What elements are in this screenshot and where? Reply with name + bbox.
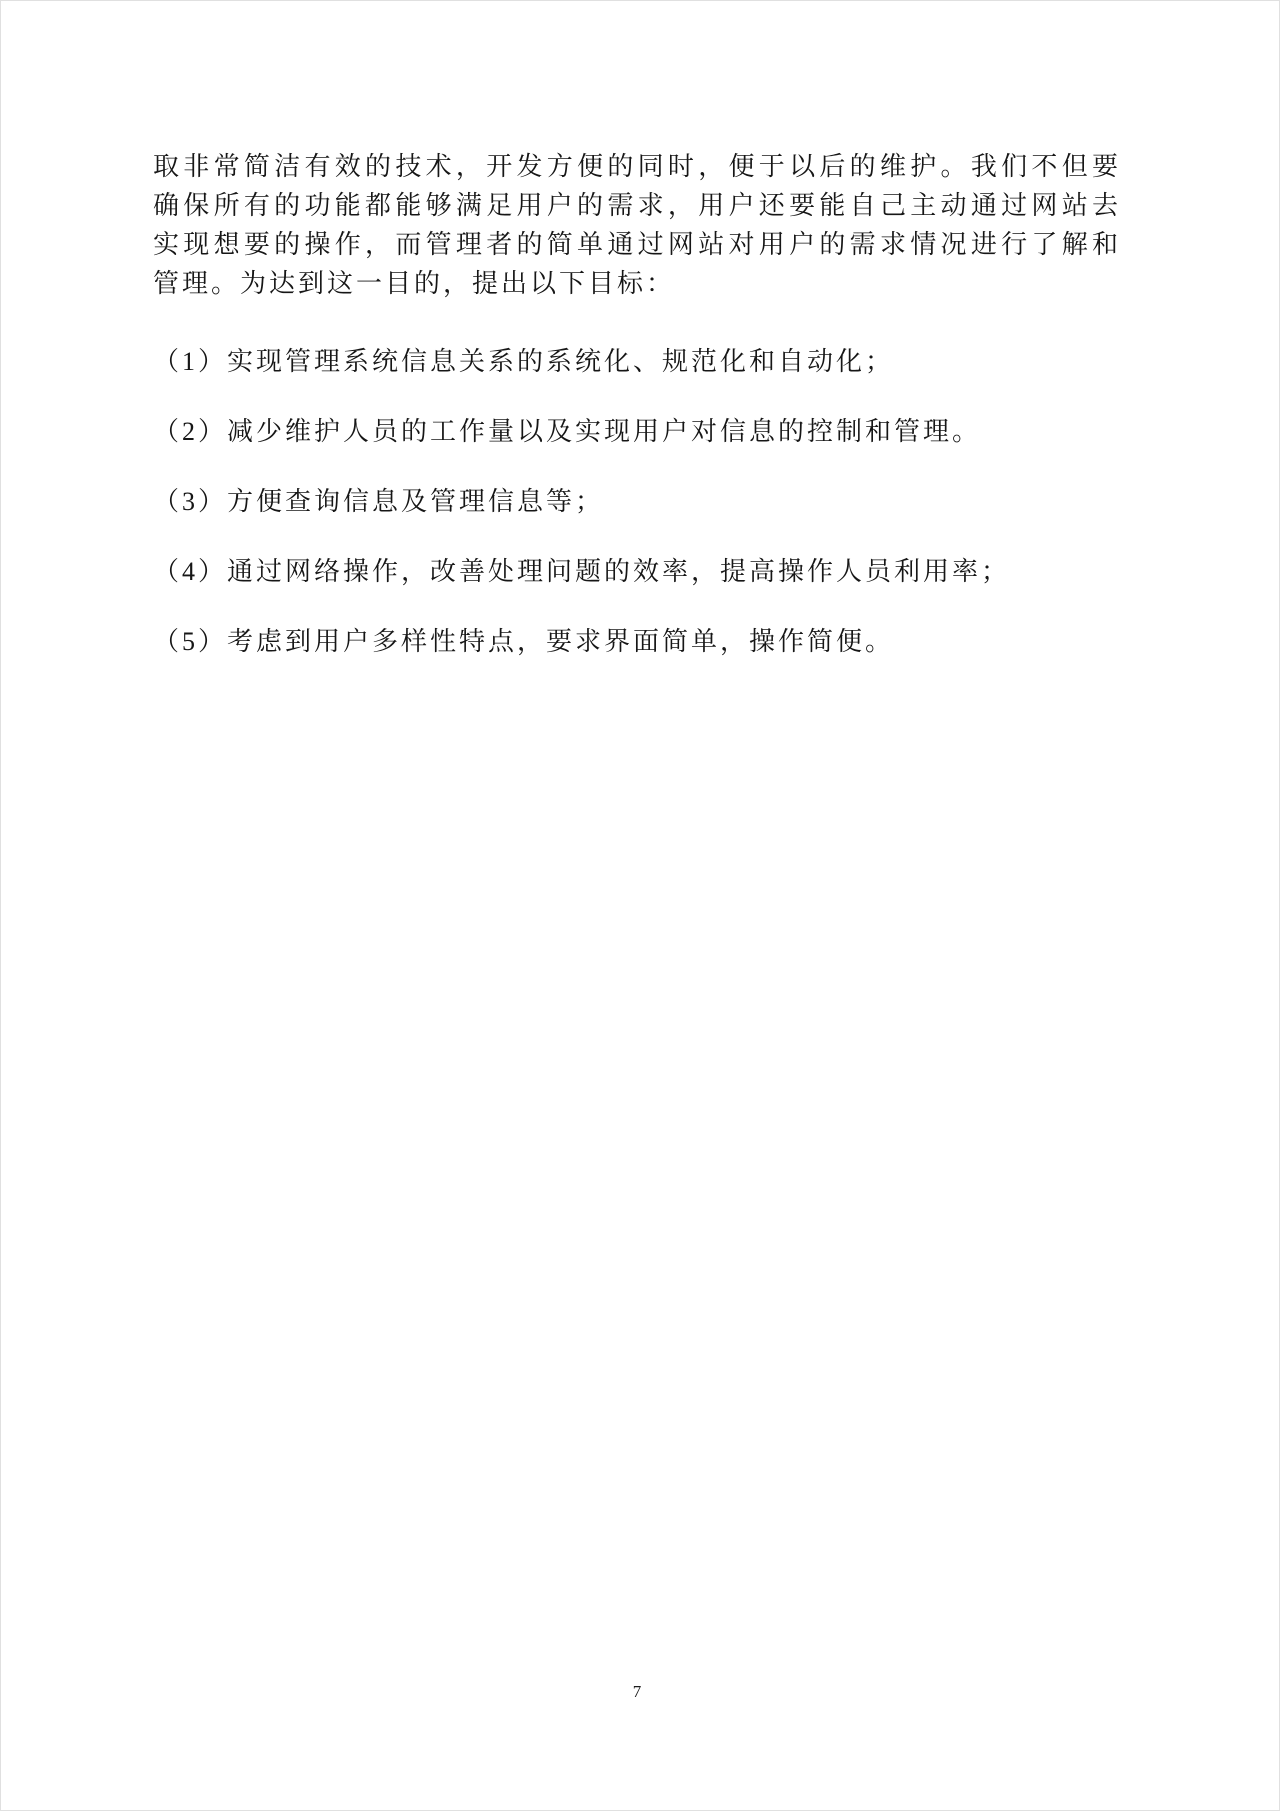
goal-item: （4）通过网络操作，改善处理问题的效率，提高操作人员利用率； [153,552,1121,591]
paragraph-line: 确保所有的功能都能够满足用户的需求，用户还要能自己主动通过网站去 [153,186,1121,225]
goal-item: （3）方便查询信息及管理信息等； [153,482,1121,521]
body-paragraph: 取非常简洁有效的技术，开发方便的同时，便于以后的维护。我们不但要 确保所有的功能… [153,147,1121,303]
paragraph-line: 实现想要的操作，而管理者的简单通过网站对用户的需求情况进行了解和 [153,225,1121,264]
document-body: 取非常简洁有效的技术，开发方便的同时，便于以后的维护。我们不但要 确保所有的功能… [153,147,1121,661]
goal-item: （5）考虑到用户多样性特点，要求界面简单，操作简便。 [153,622,1121,661]
goal-item: （2）减少维护人员的工作量以及实现用户对信息的控制和管理。 [153,412,1121,451]
goals-list: （1）实现管理系统信息关系的系统化、规范化和自动化； （2）减少维护人员的工作量… [153,342,1121,661]
paragraph-line: 取非常简洁有效的技术，开发方便的同时，便于以后的维护。我们不但要 [153,147,1121,186]
paragraph-line: 管理。为达到这一目的，提出以下目标： [153,264,1121,303]
page-number: 7 [153,1681,1121,1703]
document-page: 取非常简洁有效的技术，开发方便的同时，便于以后的维护。我们不但要 确保所有的功能… [0,0,1280,1811]
goal-item: （1）实现管理系统信息关系的系统化、规范化和自动化； [153,342,1121,381]
